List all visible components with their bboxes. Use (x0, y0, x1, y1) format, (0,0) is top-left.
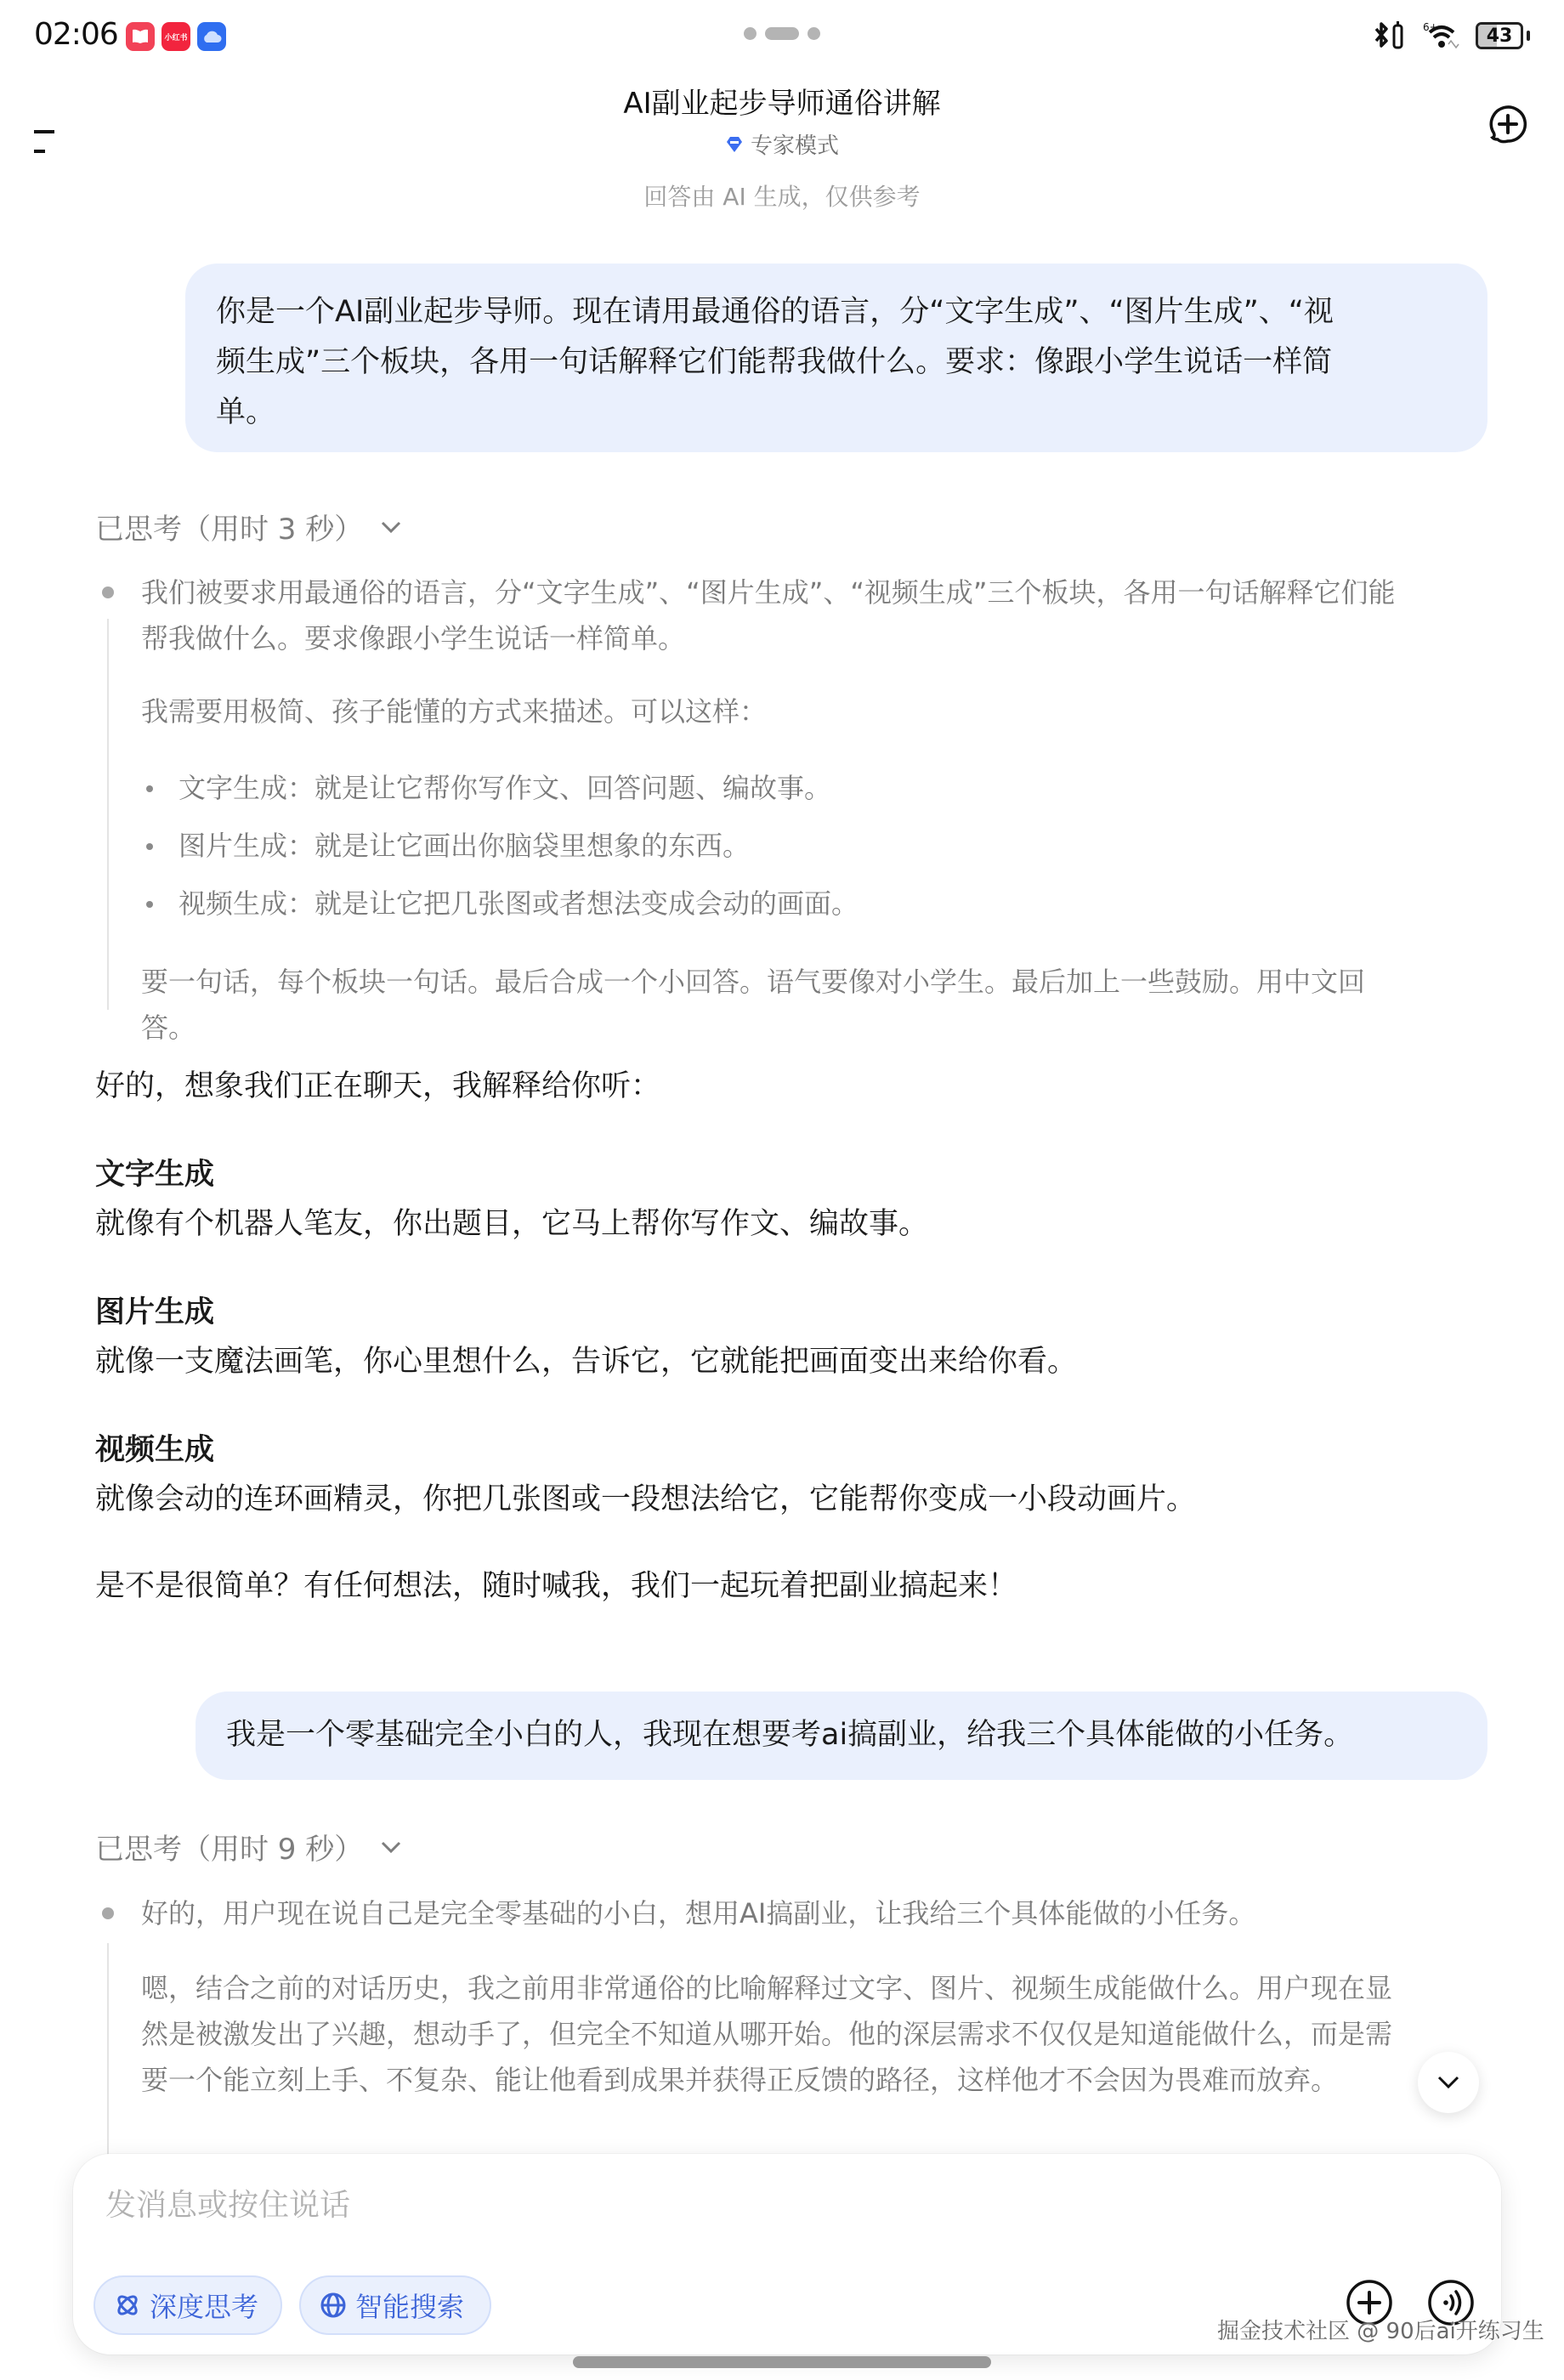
watermark: 掘金技术社区 @ 90后ai开练习生 (1217, 2314, 1544, 2345)
ai-disclaimer: 回答由 AI 生成，仅供参考 (0, 178, 1564, 212)
section-heading: 视频生成 (95, 1426, 214, 1474)
status-bar: 02:06 小红书 6+ (0, 0, 1564, 76)
thinking-paragraph: 嗯，结合之前的对话历史，我之前用非常通俗的比喻解释过文字、图片、视频生成能做什么… (141, 1965, 1489, 2103)
message-input[interactable]: 发消息或按住说话 (105, 2181, 350, 2224)
chevron-down-icon (378, 518, 404, 535)
user-message[interactable]: 你是一个AI副业起步导师。现在请用最通俗的语言，分“文字生成”、“图片生成”、“… (185, 263, 1487, 452)
book-app-icon (126, 22, 155, 51)
chat-thread[interactable]: 你是一个AI副业起步导师。现在请用最通俗的语言，分“文字生成”、“图片生成”、“… (0, 212, 1564, 2380)
thinking-list-item: 图片生成：就是让它画出你脑袋里想象的东西。 (141, 823, 1489, 869)
diamond-icon (725, 135, 744, 154)
thinking-border (107, 619, 109, 1010)
mode-badge[interactable]: 专家模式 (725, 128, 839, 160)
thinking-list-item: 文字生成：就是让它帮你写作文、回答问题、编故事。 (141, 765, 1489, 811)
chat-header: AI副业起步导师通俗讲解 专家模式 回答由 AI 生成，仅供参考 (0, 76, 1564, 212)
status-icons: 6+ 43 (1374, 20, 1530, 51)
thinking-content: 我们被要求用最通俗的语言，分“文字生成”、“图片生成”、“视频生成”三个板块，各… (95, 569, 1489, 1020)
user-message[interactable]: 我是一个零基础完全小白的人，我现在想要考ai搞副业，给我三个具体能做的小任务。 (195, 1691, 1487, 1780)
atom-icon (114, 2292, 141, 2319)
new-chat-icon (1482, 99, 1533, 150)
thinking-toggle[interactable]: 已思考（用时 3 秒） (95, 506, 404, 547)
bluetooth-icon (1374, 20, 1408, 51)
chevron-down-icon (1436, 2075, 1460, 2090)
chat-screen: 02:06 小红书 6+ (0, 0, 1564, 2380)
thinking-list-item: 视频生成：就是让它把几张图或者想法变成会动的画面。 (141, 881, 1489, 926)
section-body: 就像会动的连环画精灵，你把几张图或一段想法给它，它能帮你变成一小段动画片。 (95, 1476, 1196, 1523)
answer-closing: 是不是很简单？有任何想法，随时喊我，我们一起玩着把副业搞起来！ (95, 1562, 1017, 1610)
smart-search-toggle[interactable]: 智能搜索 (299, 2275, 491, 2335)
wifi-icon: 6+ (1423, 20, 1460, 51)
section-heading: 图片生成 (95, 1289, 214, 1336)
thinking-plan: 我需要用极简、孩子能懂的方式来描述。可以这样： (141, 688, 1489, 734)
section-heading: 文字生成 (95, 1151, 214, 1198)
chat-title[interactable]: AI副业起步导师通俗讲解 (0, 80, 1564, 122)
section-body: 就像有个机器人笔友，你出题目，它马上帮你写作文、编故事。 (95, 1200, 928, 1248)
globe-icon (320, 2292, 347, 2319)
scroll-to-bottom-button[interactable] (1418, 2052, 1479, 2113)
answer-intro: 好的，想象我们正在聊天，我解释给你听： (95, 1062, 660, 1110)
cloud-app-icon (197, 22, 226, 51)
thinking-closing: 要一句话，每个板块一句话。最后合成一个小回答。语气要像对小学生。最后加上一些鼓励… (141, 959, 1489, 1051)
thinking-intro: 好的，用户现在说自己是完全零基础的小白，想用AI搞副业，让我给三个具体能做的小任… (141, 1890, 1489, 1936)
status-time: 02:06 (34, 17, 118, 52)
multitask-indicator[interactable] (744, 27, 820, 40)
status-app-icons: 小红书 (126, 22, 226, 51)
thinking-bullet (102, 1907, 114, 1919)
section-body: 就像一支魔法画笔，你心里想什么，告诉它，它就能把画面变出来给你看。 (95, 1338, 1077, 1385)
xiaohongshu-app-icon: 小红书 (161, 22, 190, 51)
thinking-toggle[interactable]: 已思考（用时 9 秒） (95, 1826, 404, 1867)
thinking-intro: 我们被要求用最通俗的语言，分“文字生成”、“图片生成”、“视频生成”三个板块，各… (141, 569, 1489, 661)
battery-indicator: 43 (1476, 22, 1523, 49)
deep-think-toggle[interactable]: 深度思考 (93, 2275, 282, 2335)
chevron-down-icon (378, 1839, 404, 1856)
thinking-bullet (102, 586, 114, 598)
home-indicator[interactable] (573, 2356, 991, 2368)
new-chat-button[interactable] (1482, 99, 1533, 150)
thinking-content: 好的，用户现在说自己是完全零基础的小白，想用AI搞副业，让我给三个具体能做的小任… (95, 1890, 1489, 2162)
